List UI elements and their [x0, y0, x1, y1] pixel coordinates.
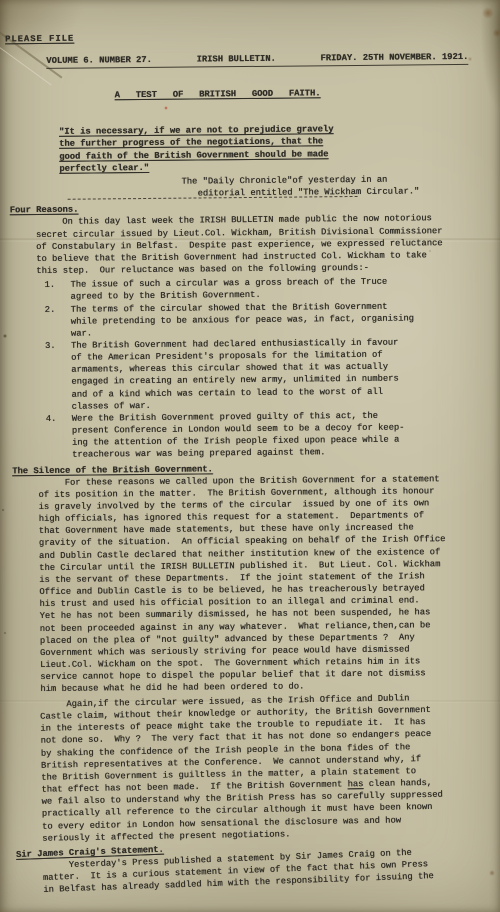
document-content: PLEASE FILE VOLUME 6. NUMBER 27. IRISH B…	[0, 0, 500, 898]
list-item-number: 3.	[45, 340, 72, 413]
list-item: 4. Were the British Government proved gu…	[46, 409, 500, 462]
section-four-reasons: Four Reasons. On this day last week the …	[0, 200, 500, 462]
list-item: 2. The terms of the circular showed that…	[45, 299, 499, 340]
list-item-text: Were the British Government proved guilt…	[72, 409, 405, 461]
list-item-text: The issue of such a circular was a gross…	[70, 276, 387, 303]
page-title: A TEST OF BRITISH GOOD FAITH.	[115, 87, 321, 101]
paragraph-silence: For these reasons we called upon the Bri…	[38, 472, 500, 695]
epigraph: "It is necessary, if we are not to preju…	[59, 122, 498, 201]
underlined-word-has: has	[347, 779, 363, 789]
paragraph-four-reasons-intro: On this day last week the IRISH BULLETIN…	[36, 212, 499, 277]
epigraph-attribution-line2: editorial entitled "The Wickham Circular…	[197, 185, 419, 199]
list-item-number: 1.	[44, 279, 70, 304]
epigraph-quote: "It is necessary, if we are not to preju…	[59, 122, 497, 175]
file-stamp: PLEASE FILE	[5, 33, 74, 46]
masthead: VOLUME 6. NUMBER 27. IRISH BULLETIN. FRI…	[46, 51, 468, 69]
section-again: Again,if the circular were issued, as th…	[2, 690, 500, 845]
masthead-volume: VOLUME 6. NUMBER 27.	[46, 54, 152, 67]
list-item-text: The terms of the circular showed that th…	[71, 300, 414, 340]
section-silence: The Silence of the British Government. F…	[0, 460, 500, 696]
document-page: PLEASE FILE VOLUME 6. NUMBER 27. IRISH B…	[0, 0, 500, 912]
paragraph-again: Again,if the circular were issued, as th…	[40, 690, 500, 844]
masthead-date: FRIDAY. 25TH NOVEMBER. 1921.	[320, 51, 468, 65]
reasons-list: 1. The issue of such a circular was a gr…	[0, 275, 500, 462]
list-item: 3. The British Government had declared e…	[45, 336, 500, 413]
list-item-text: The British Government had declared enth…	[71, 337, 399, 413]
masthead-publication: IRISH BULLETIN.	[197, 53, 276, 66]
list-item-number: 2.	[45, 303, 71, 340]
list-item-number: 4.	[46, 413, 72, 462]
